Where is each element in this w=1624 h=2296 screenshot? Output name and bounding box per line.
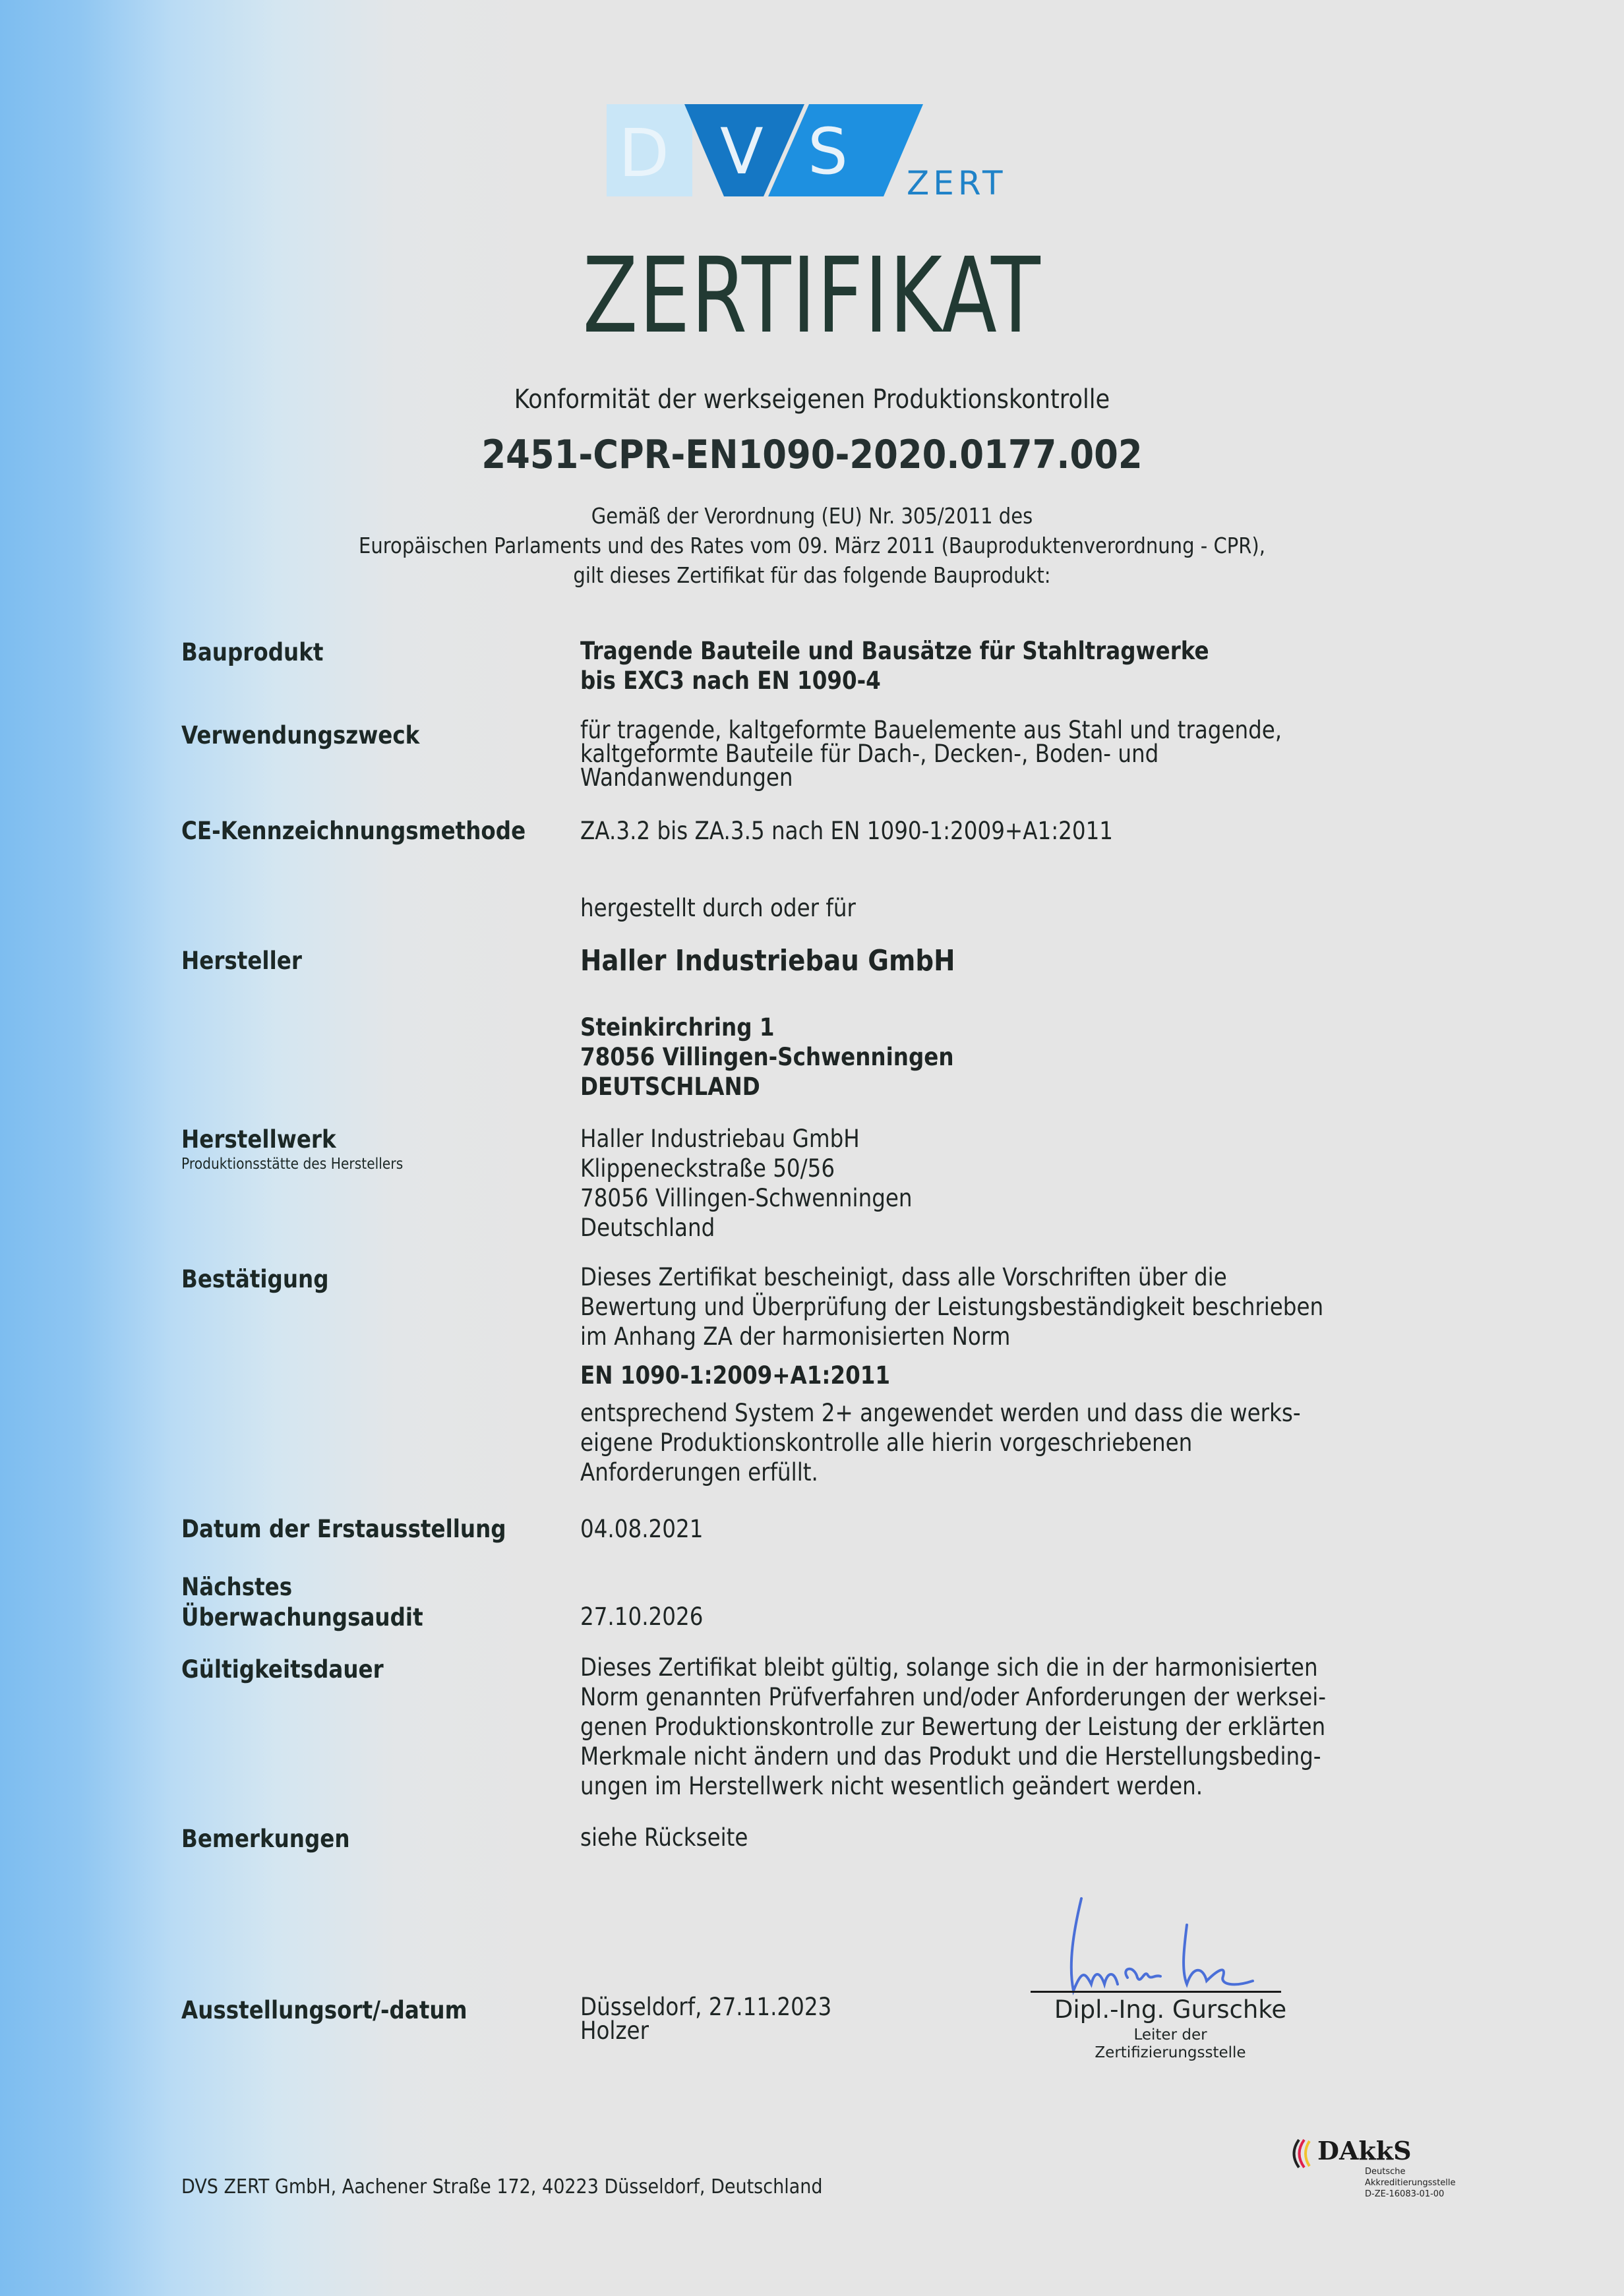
dakks-logo: DAkkS Deutsche Akkreditierungsstelle D-Z… [1292,2136,1484,2208]
label-remarks: Bemerkungen [181,1824,350,1854]
norm-reference: EN 1090-1:2009+A1:2011 [580,1361,1323,1390]
label-bauprodukt: Bauprodukt [181,637,323,668]
value-verwendungszweck: für tragende, kaltgeformte Bauelemente a… [580,719,1282,790]
label-hersteller: Hersteller [181,946,302,976]
value-ce-method: ZA.3.2 bis ZA.3.5 nach EN 1090-1:2009+A1… [580,816,1113,846]
value-hersteller-name: Haller Industriebau GmbH [580,946,955,976]
label-bestaetigung: Bestätigung [181,1264,329,1295]
label-next-audit: Nächstes Überwachungsaudit [181,1572,423,1633]
svg-text:V: V [720,115,764,189]
svg-text:D: D [618,115,669,192]
label-herstellwerk: Herstellwerk Produktionsstätte des Herst… [181,1125,403,1173]
certificate-title: ZERTIFIKAT [113,244,1510,348]
value-herstellwerk: Haller Industriebau GmbH Klippeneckstraß… [580,1124,913,1243]
value-remarks: siehe Rückseite [580,1823,748,1852]
value-bestaetigung: Dieses Zertifikat bescheinigt, dass alle… [580,1262,1323,1487]
label-ce-method: CE-Kennzeichnungsmethode [181,816,526,846]
issuer-address: DVS ZERT GmbH, Aachener Straße 172, 4022… [181,2175,823,2198]
svg-text:ZERT: ZERT [907,164,1007,201]
value-hersteller-address: Steinkirchring 1 78056 Villingen-Schwenn… [580,1013,954,1102]
signature-line [1031,1991,1281,1993]
value-first-issue-date: 04.08.2021 [580,1514,703,1544]
label-verwendungszweck: Verwendungszweck [181,721,419,751]
dakks-arcs-icon [1292,2137,1316,2170]
value-validity: Dieses Zertifikat bleibt gültig, solange… [580,1653,1326,1801]
value-issue-place-date: Düsseldorf, 27.11.2023 Holzer [580,1995,831,2043]
dvs-zert-logo: D V S ZERT [607,102,1029,201]
certificate-number: 2451-CPR-EN1090-2020.0177.002 [98,432,1526,478]
manufactured-by-text: hergestellt durch oder für [580,893,856,923]
certificate-subtitle: Konformität der werkseigenen Produktions… [98,384,1526,415]
signatory-name: Dipl.-Ing. Gurschke [989,1995,1352,2024]
intro-text: Gemäß der Verordnung (EU) Nr. 305/2011 d… [98,501,1526,590]
signature-mark [1055,1892,1306,1997]
svg-text:S: S [808,115,848,189]
value-next-audit: 27.10.2026 [580,1602,703,1632]
signatory-role: Leiter der Zertifizierungsstelle [989,2026,1352,2062]
value-bauprodukt: Tragende Bauteile und Bausätze für Stahl… [580,636,1209,695]
label-validity: Gültigkeitsdauer [181,1655,384,1685]
label-issue-place-date: Ausstellungsort/-datum [181,1995,467,2026]
label-first-issue-date: Datum der Erstausstellung [181,1514,506,1545]
